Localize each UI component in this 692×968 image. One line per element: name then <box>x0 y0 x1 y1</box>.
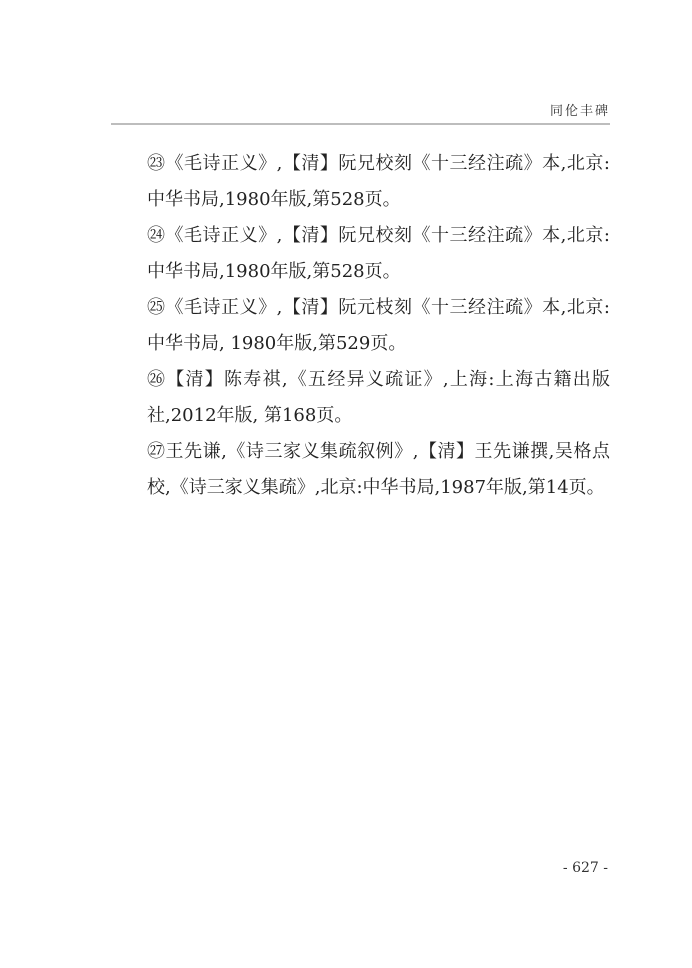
footnote-marker: ㉔ <box>147 218 165 254</box>
footnote-marker: ㉗ <box>147 434 165 470</box>
header-rule <box>111 123 610 125</box>
footnote-23: ㉓《毛诗正义》,【清】阮兄校刻《十三经注疏》本,北京:中华书局,1980年版,第… <box>111 146 610 218</box>
footnote-text: 《毛诗正义》,【清】阮兄校刻《十三经注疏》本,北京:中华书局,1980年版,第5… <box>147 225 610 282</box>
footnote-text: 《毛诗正义》,【清】阮兄校刻《十三经注疏》本,北京:中华书局,1980年版,第5… <box>147 153 610 210</box>
footnote-27: ㉗王先谦,《诗三家义集疏叙例》,【清】王先谦撰,吴格点校,《诗三家义集疏》,北京… <box>111 434 610 506</box>
footnote-text: 王先谦,《诗三家义集疏叙例》,【清】王先谦撰,吴格点校,《诗三家义集疏》,北京:… <box>147 441 610 498</box>
footnote-text: 【清】陈寿祺,《五经异义疏证》,上海:上海古籍出版社,2012年版, 第168页… <box>147 369 610 426</box>
footnote-26: ㉖【清】陈寿祺,《五经异义疏证》,上海:上海古籍出版社,2012年版, 第168… <box>111 362 610 434</box>
footnote-24: ㉔《毛诗正义》,【清】阮兄校刻《十三经注疏》本,北京:中华书局,1980年版,第… <box>111 218 610 290</box>
footnote-marker: ㉖ <box>147 362 165 398</box>
footnote-marker: ㉓ <box>147 146 165 182</box>
running-header-title: 同伦丰碑 <box>550 100 610 119</box>
footnotes: ㉓《毛诗正义》,【清】阮兄校刻《十三经注疏》本,北京:中华书局,1980年版,第… <box>111 146 610 506</box>
footnote-marker: ㉕ <box>147 290 165 326</box>
page-number: - 627 - <box>563 860 608 876</box>
footnote-25: ㉕《毛诗正义》,【清】阮元枝刻《十三经注疏》本,北京:中华书局, 1980年版,… <box>111 290 610 362</box>
footnote-text: 《毛诗正义》,【清】阮元枝刻《十三经注疏》本,北京:中华书局, 1980年版,第… <box>147 297 610 354</box>
